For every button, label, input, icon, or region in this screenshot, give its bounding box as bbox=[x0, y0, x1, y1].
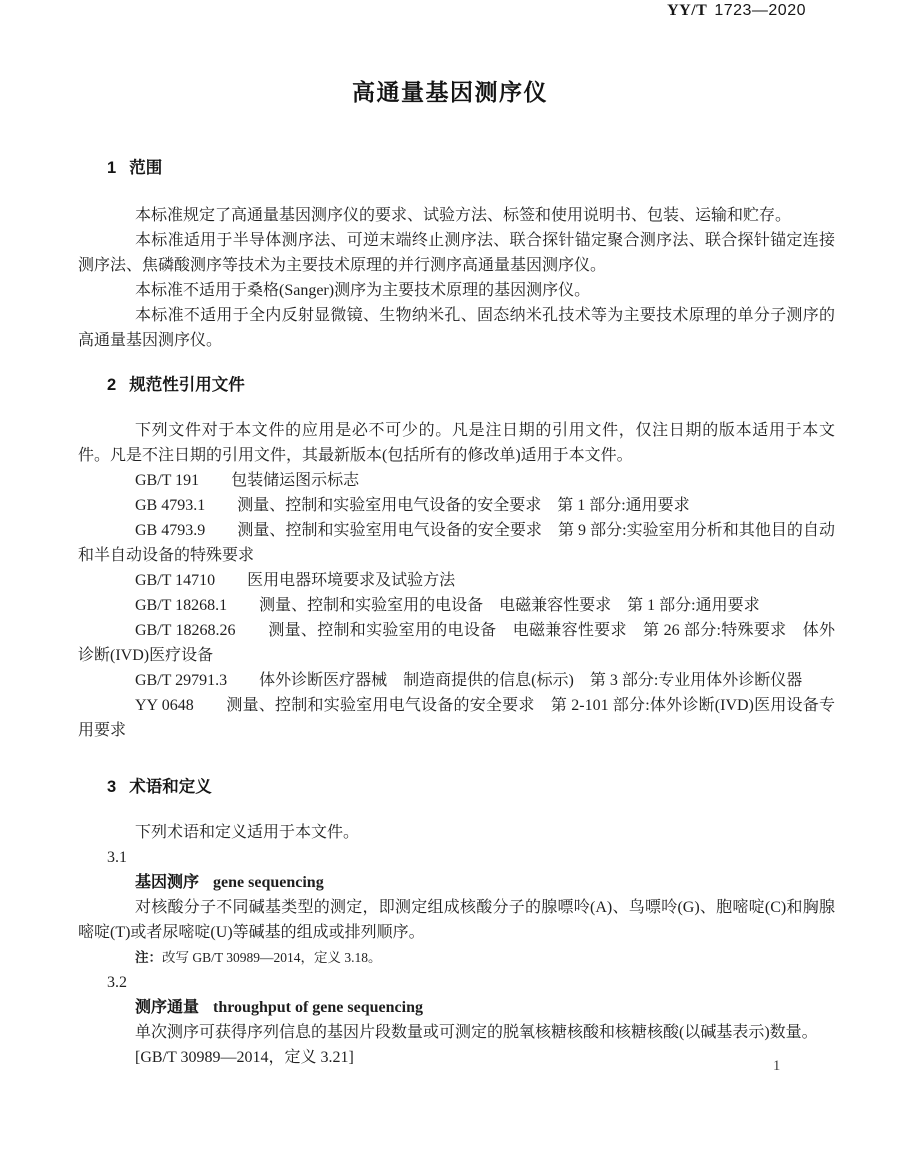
section-title: 术语和定义 bbox=[129, 778, 212, 796]
term-name-en: gene sequencing bbox=[213, 874, 324, 891]
section-title: 范围 bbox=[129, 159, 162, 177]
section-references-heading: 2规范性引用文件 bbox=[107, 373, 835, 398]
term-name-zh: 基因测序 bbox=[135, 874, 199, 891]
term-note: 注：改写 GB/T 30989—2014，定义 3.18。 bbox=[135, 945, 835, 970]
scope-paragraph: 本标准不适用于全内反射显微镜、生物纳米孔、固态纳米孔技术等为主要技术原理的单分子… bbox=[78, 303, 835, 353]
term-entry: 基因测序gene sequencing bbox=[135, 870, 835, 895]
term-number: 3.2 bbox=[107, 970, 835, 995]
document-content: 1范围 本标准规定了高通量基因测序仪的要求、试验方法、标签和使用说明书、包装、运… bbox=[78, 0, 835, 1070]
terms-intro: 下列术语和定义适用于本文件。 bbox=[78, 820, 835, 845]
section-scope-heading: 1范围 bbox=[107, 156, 835, 181]
term-definition: 单次测序可获得序列信息的基因片段数量或可测定的脱氧核糖核酸和核糖核酸(以碱基表示… bbox=[78, 1020, 835, 1045]
reference-item: YY 0648 测量、控制和实验室用电气设备的安全要求 第 2-101 部分:体… bbox=[78, 693, 835, 743]
page-number: 1 bbox=[773, 1058, 780, 1075]
reference-item: GB 4793.9 测量、控制和实验室用电气设备的安全要求 第 9 部分:实验室… bbox=[78, 518, 835, 568]
scope-paragraph: 本标准不适用于桑格(Sanger)测序为主要技术原理的基因测序仪。 bbox=[78, 278, 835, 303]
term-number: 3.1 bbox=[107, 845, 835, 870]
references-intro: 下列文件对于本文件的应用是必不可少的。凡是注日期的引用文件，仅注日期的版本适用于… bbox=[78, 418, 835, 468]
scope-paragraph: 本标准适用于半导体测序法、可逆末端终止测序法、联合探针锚定聚合测序法、联合探针锚… bbox=[78, 228, 835, 278]
reference-item: GB/T 29791.3 体外诊断医疗器械 制造商提供的信息(标示) 第 3 部… bbox=[78, 668, 835, 693]
reference-item: GB/T 191 包装储运图示标志 bbox=[78, 468, 835, 493]
term-source: [GB/T 30989—2014，定义 3.21] bbox=[135, 1045, 835, 1070]
reference-item: GB/T 14710 医用电器环境要求及试验方法 bbox=[78, 568, 835, 593]
reference-item: GB/T 18268.1 测量、控制和实验室用的电设备 电磁兼容性要求 第 1 … bbox=[78, 593, 835, 618]
note-label: 注： bbox=[135, 950, 162, 965]
section-title: 规范性引用文件 bbox=[129, 376, 245, 394]
scope-paragraph: 本标准规定了高通量基因测序仪的要求、试验方法、标签和使用说明书、包装、运输和贮存… bbox=[78, 203, 835, 228]
term-entry: 测序通量throughput of gene sequencing bbox=[135, 995, 835, 1020]
section-terms-heading: 3术语和定义 bbox=[107, 775, 835, 800]
note-text: 改写 GB/T 30989—2014，定义 3.18。 bbox=[162, 950, 382, 965]
section-number: 1 bbox=[107, 159, 116, 177]
term-name-en: throughput of gene sequencing bbox=[213, 999, 423, 1016]
reference-item: GB 4793.1 测量、控制和实验室用电气设备的安全要求 第 1 部分:通用要… bbox=[78, 493, 835, 518]
term-definition: 对核酸分子不同碱基类型的测定，即测定组成核酸分子的腺嘌呤(A)、鸟嘌呤(G)、胞… bbox=[78, 895, 835, 945]
section-number: 2 bbox=[107, 376, 116, 394]
term-name-zh: 测序通量 bbox=[135, 999, 199, 1016]
document-page: YY/T1723—2020 高通量基因测序仪 1范围 本标准规定了高通量基因测序… bbox=[0, 0, 900, 1163]
reference-item: GB/T 18268.26 测量、控制和实验室用的电设备 电磁兼容性要求 第 2… bbox=[78, 618, 835, 668]
section-number: 3 bbox=[107, 778, 116, 796]
